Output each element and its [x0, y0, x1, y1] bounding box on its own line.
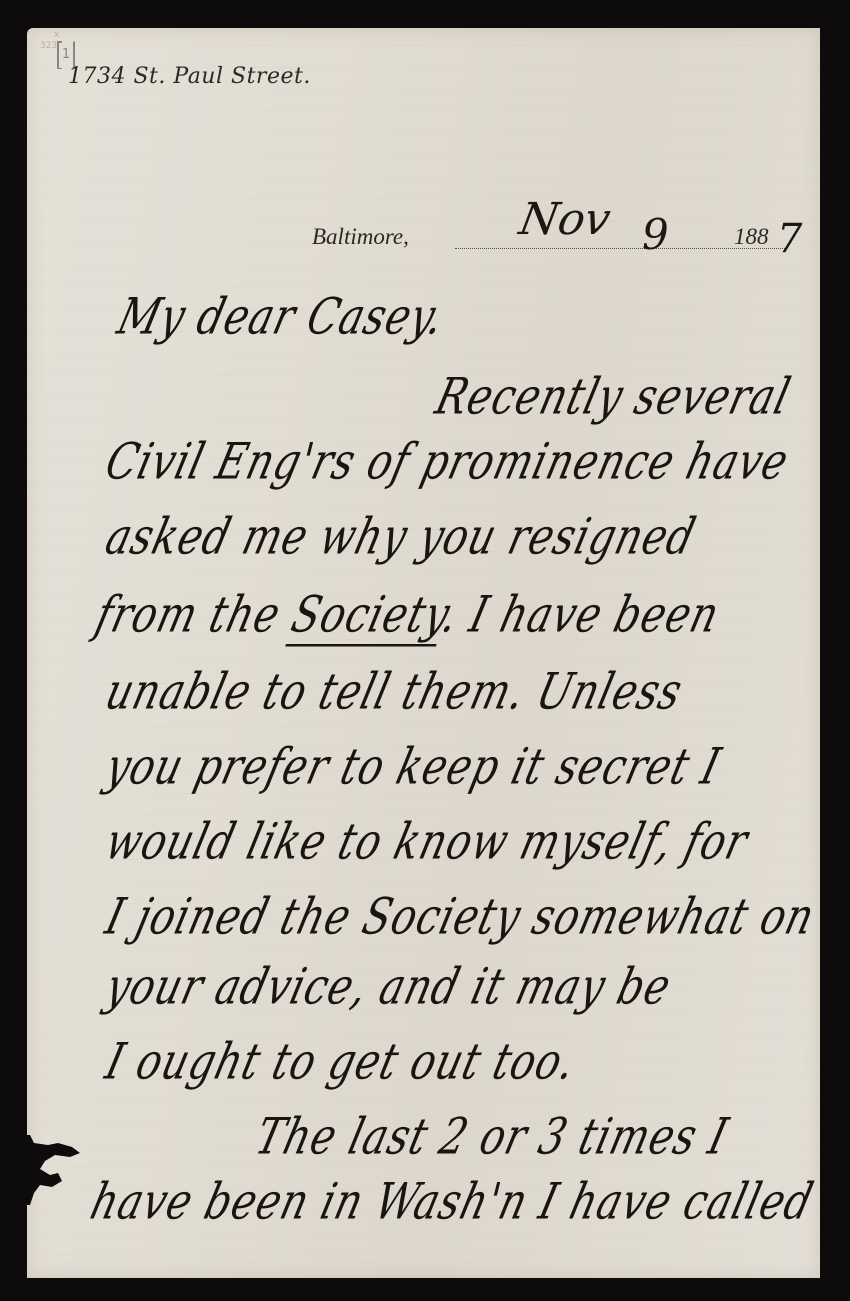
letterhead-address: 1734 St. Paul Street. — [68, 64, 311, 89]
body-line-4: from the Society. I have been — [90, 587, 725, 645]
dateline-city: Baltimore, — [312, 224, 409, 250]
body-line-3: asked me why you resigned — [100, 509, 701, 567]
body-line-10: I ought to get out too. — [100, 1034, 582, 1092]
body-line-5: unable to tell them. Unless — [100, 664, 688, 722]
body-line-7: would like to know myself, for — [100, 814, 754, 872]
body-line-4-text-b: . I have been — [437, 587, 726, 645]
body-line-9: your advice, and it may be — [100, 959, 677, 1017]
dateline-month: Nov — [516, 194, 615, 245]
archive-mark-x: x — [54, 30, 59, 41]
body-line-8: I joined the Society somewhat on — [100, 889, 821, 947]
body-line-11: The last 2 or 3 times I — [250, 1109, 734, 1167]
body-line-2: Civil Eng'rs of prominence have — [100, 434, 795, 492]
underlined-society: Society — [286, 587, 451, 645]
dateline-day: 9 — [642, 210, 669, 259]
dateline-year-printed: 188 — [734, 224, 769, 250]
body-line-12: have been in Wash'n I have called — [85, 1174, 819, 1232]
dateline: Baltimore, Nov 9 188 7 — [312, 222, 802, 262]
body-line-1: Recently several — [430, 369, 796, 427]
body-line-4-text-a: from the — [90, 587, 300, 645]
torn-edge-damage — [0, 1135, 85, 1205]
body-line-6: you prefer to keep it secret I — [100, 739, 727, 797]
salutation: My dear Casey. — [112, 289, 450, 347]
dateline-year-handwritten: 7 — [777, 216, 802, 262]
